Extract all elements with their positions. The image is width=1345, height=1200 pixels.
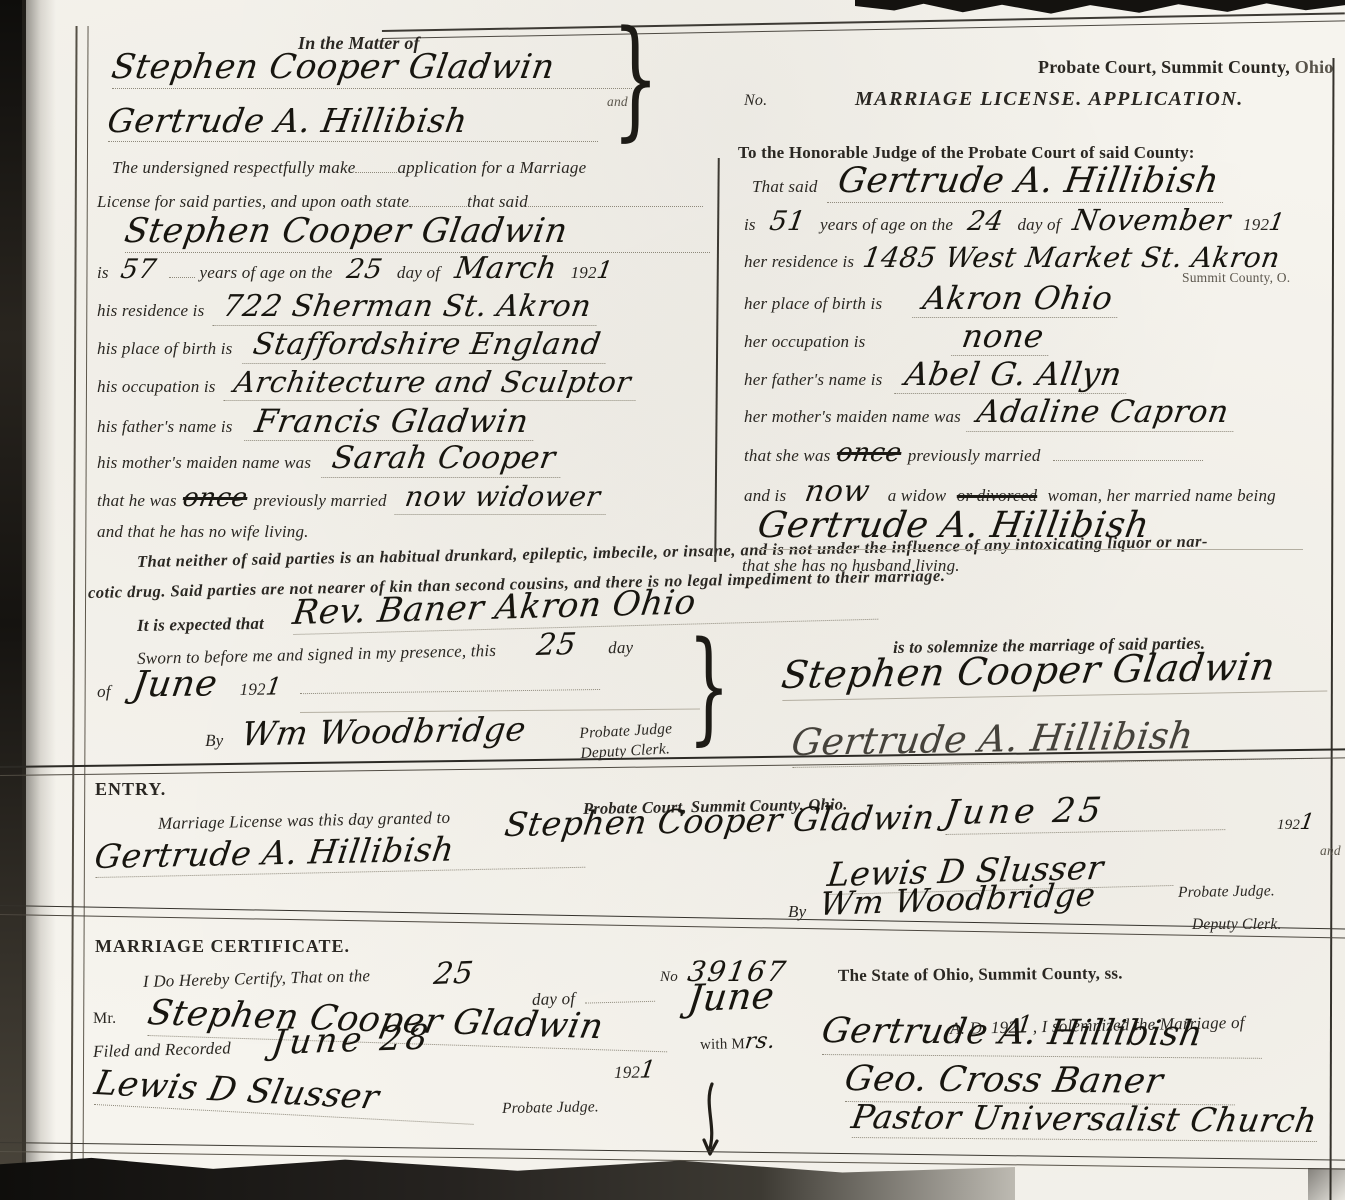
certificate-mrs-handwritten: rs. xyxy=(743,1031,776,1054)
bride-month-value: November xyxy=(1071,206,1233,235)
bride-occupation-value: none xyxy=(951,320,1054,356)
intro-line2: License for said parties, and upon oath … xyxy=(97,192,703,212)
officiant-title-handwritten: Pastor Universalist Church xyxy=(849,1100,1319,1137)
bride-previously-married-line: that she was once previously married xyxy=(744,440,1203,466)
left-rule-inner xyxy=(82,26,88,1194)
groom-mother-line: his mother's maiden name was Sarah Coope… xyxy=(97,443,563,478)
groom-age-line: is 57 years of age on the 25 day of Marc… xyxy=(97,254,613,284)
jurat-brace: } xyxy=(688,615,730,757)
sworn-month-value: June xyxy=(130,666,219,703)
court-header: Probate Court, Summit County, Ohio xyxy=(1038,57,1334,78)
left-rule-outer xyxy=(70,26,77,1194)
groom-month-value: March xyxy=(452,254,558,284)
groom-age-value: 57 xyxy=(119,256,159,283)
matter-party2-line: Gertrude A. Hillibish xyxy=(108,104,598,142)
by-clerk-line: By Wm Woodbridge xyxy=(205,712,526,751)
certificate-filed-label: Filed and Recorded xyxy=(93,1038,231,1061)
entry-year: 1921 xyxy=(1277,812,1315,834)
entry-bride-line: Gertrude A. Hillibish xyxy=(95,830,586,879)
groom-occupation-line: his occupation is Architecture and Sculp… xyxy=(97,368,639,401)
deputy-clerk-signature: Wm Woodbridge xyxy=(239,712,528,750)
bride-married-name-line: Gertrude A. Hillibish xyxy=(758,508,1303,550)
bride-married-times-struck: once xyxy=(835,440,903,466)
groom-day-value: 25 xyxy=(345,256,385,283)
entry-clerk-sig-line: Wm Woodbridge xyxy=(819,878,1096,920)
certificate-mr-label: Mr. xyxy=(93,1010,116,1028)
certificate-judge-sig-line: Lewis D Slusser xyxy=(94,1066,476,1125)
bride-age-line: is 51 years of age on the 24 day of Nove… xyxy=(744,206,1285,235)
certificate-state-label: The State of Ohio, Summit County, ss. xyxy=(838,964,1123,986)
groom-no-wife-line: and that he has no wife living. xyxy=(97,522,309,542)
certificate-judge-signature: Lewis D Slusser xyxy=(92,1066,383,1115)
certificate-certify-label: I Do Hereby Certify, That on the xyxy=(143,966,371,991)
groom-signature-line: Stephen Cooper Gladwin xyxy=(782,646,1328,701)
application-no-label: No. xyxy=(744,92,767,110)
entry-clerk-signature: Wm Woodbridge xyxy=(818,878,1097,920)
certificate-heading: MARRIAGE CERTIFICATE. xyxy=(95,936,350,957)
entry-heading: ENTRY. xyxy=(95,779,166,800)
certificate-with-label: with Mrs. xyxy=(700,1031,776,1055)
groom-residence-value: 722 Sherman St. Akron xyxy=(212,292,601,326)
binding-fade xyxy=(22,0,56,1200)
right-page-rule xyxy=(1330,58,1335,1200)
groom-widower-note: now widower xyxy=(395,483,611,515)
bride-birth-line: her place of birth is Akron Ohio xyxy=(744,282,1120,318)
expected-label: It is expected that xyxy=(137,614,264,636)
groom-birth-value: Staffordshire England xyxy=(242,330,611,364)
sworn-month-line: of June 1921 xyxy=(97,661,600,704)
column-divider-rule xyxy=(714,158,720,562)
bride-mother-line: her mother's maiden name was Adaline Cap… xyxy=(744,397,1237,432)
officiant-signature: Geo. Cross Baner xyxy=(842,1062,1165,1100)
bride-day-value: 24 xyxy=(966,208,1006,235)
bride-mother-value: Adaline Capron xyxy=(967,397,1240,432)
bride-no-husband-line: that she has no husband living. xyxy=(742,556,960,576)
certificate-number: 39167 xyxy=(686,958,790,986)
intro-line1: The undersigned respectfully makeapplica… xyxy=(112,158,586,178)
entry-date-line: June 25 xyxy=(945,791,1226,835)
groom-name-line: Stephen Cooper Gladwin xyxy=(125,214,710,253)
bride-married-name-handwritten: Gertrude A. Hillibish xyxy=(755,508,1152,544)
bride-name-handwritten: Gertrude A. Hillibish xyxy=(827,164,1230,203)
certificate-filed-date: June 28 xyxy=(271,1020,432,1060)
or-divorced-struck: or divorced xyxy=(957,486,1037,505)
certificate-day-value: 25 xyxy=(433,959,473,990)
bride-father-line: her father's name is Abel G. Allyn xyxy=(744,358,1129,394)
entry-judge-label: Probate Judge. xyxy=(1178,882,1275,902)
entry-and-label: and xyxy=(1320,843,1341,859)
groom-father-line: his father's name is Francis Gladwin xyxy=(97,405,536,441)
groom-father-value: Francis Gladwin xyxy=(244,405,539,441)
officiant-handwritten: Rev. Baner Akron Ohio xyxy=(291,585,698,630)
certificate-bride-handwritten: Gertrude A. Hillibish xyxy=(819,1014,1205,1052)
groom-previously-married-line: that he was once previously married now … xyxy=(97,483,608,515)
certificate-no-line: No 39167 xyxy=(660,958,787,986)
groom-residence-line: his residence is 722 Sherman St. Akron xyxy=(97,292,599,326)
salutation: To the Honorable Judge of the Probate Co… xyxy=(738,143,1195,163)
bride-father-value: Abel G. Allyn xyxy=(894,358,1132,394)
bride-residence-value: 1485 West Market St. Akron xyxy=(860,244,1281,272)
bride-birth-value: Akron Ohio xyxy=(912,282,1123,318)
groom-name-handwritten: Stephen Cooper Gladwin xyxy=(122,214,570,248)
matter-brace: } xyxy=(612,4,659,155)
bride-widow-line: and is now a widow or divorced woman, he… xyxy=(744,477,1276,507)
application-title: MARRIAGE LICENSE. APPLICATION. xyxy=(855,88,1244,111)
bride-age-value: 51 xyxy=(768,208,808,235)
party2-name-handwritten: Gertrude A. Hillibish xyxy=(105,104,470,137)
marriage-license-document-scan: In the Matter of Stephen Cooper Gladwin … xyxy=(0,0,1345,1200)
matter-party1-line: Stephen Cooper Gladwin xyxy=(112,50,632,89)
groom-signature: Stephen Cooper Gladwin xyxy=(779,647,1277,694)
sworn-day-value: 25 xyxy=(534,630,577,661)
bride-name-line: That said Gertrude A. Hillibish xyxy=(752,164,1226,203)
entry-date-handwritten: June 25 xyxy=(943,793,1107,830)
bride-residence-line: her residence is 1485 West Market St. Ak… xyxy=(744,244,1280,272)
court-header-state: Ohio xyxy=(1295,57,1334,77)
scan-artifact-bottom-right xyxy=(1308,1168,1345,1200)
bride-residence-subcaption: Summit County, O. xyxy=(1182,270,1290,286)
party1-name-handwritten: Stephen Cooper Gladwin xyxy=(109,50,557,84)
certificate-top-rule xyxy=(0,905,1345,939)
certificate-filed-year: 1921 xyxy=(614,1057,656,1082)
certificate-bride-line: Gertrude A. Hillibish xyxy=(822,1014,1262,1059)
certificate-judge-label: Probate Judge. xyxy=(502,1098,599,1118)
page-top-rule xyxy=(382,12,1345,39)
groom-birth-line: his place of birth is Staffordshire Engl… xyxy=(97,330,608,364)
groom-mother-value: Sarah Cooper xyxy=(321,443,565,478)
groom-occupation-value: Architecture and Sculptor xyxy=(223,368,641,401)
entry-bride-handwritten: Gertrude A. Hillibish xyxy=(93,832,457,873)
bride-now-value: now xyxy=(802,477,871,507)
certificate-officiant-title-line: Pastor Universalist Church xyxy=(852,1100,1317,1142)
bride-occupation-line: her occupation is none xyxy=(744,320,1051,356)
groom-married-times-struck: once xyxy=(181,485,249,511)
